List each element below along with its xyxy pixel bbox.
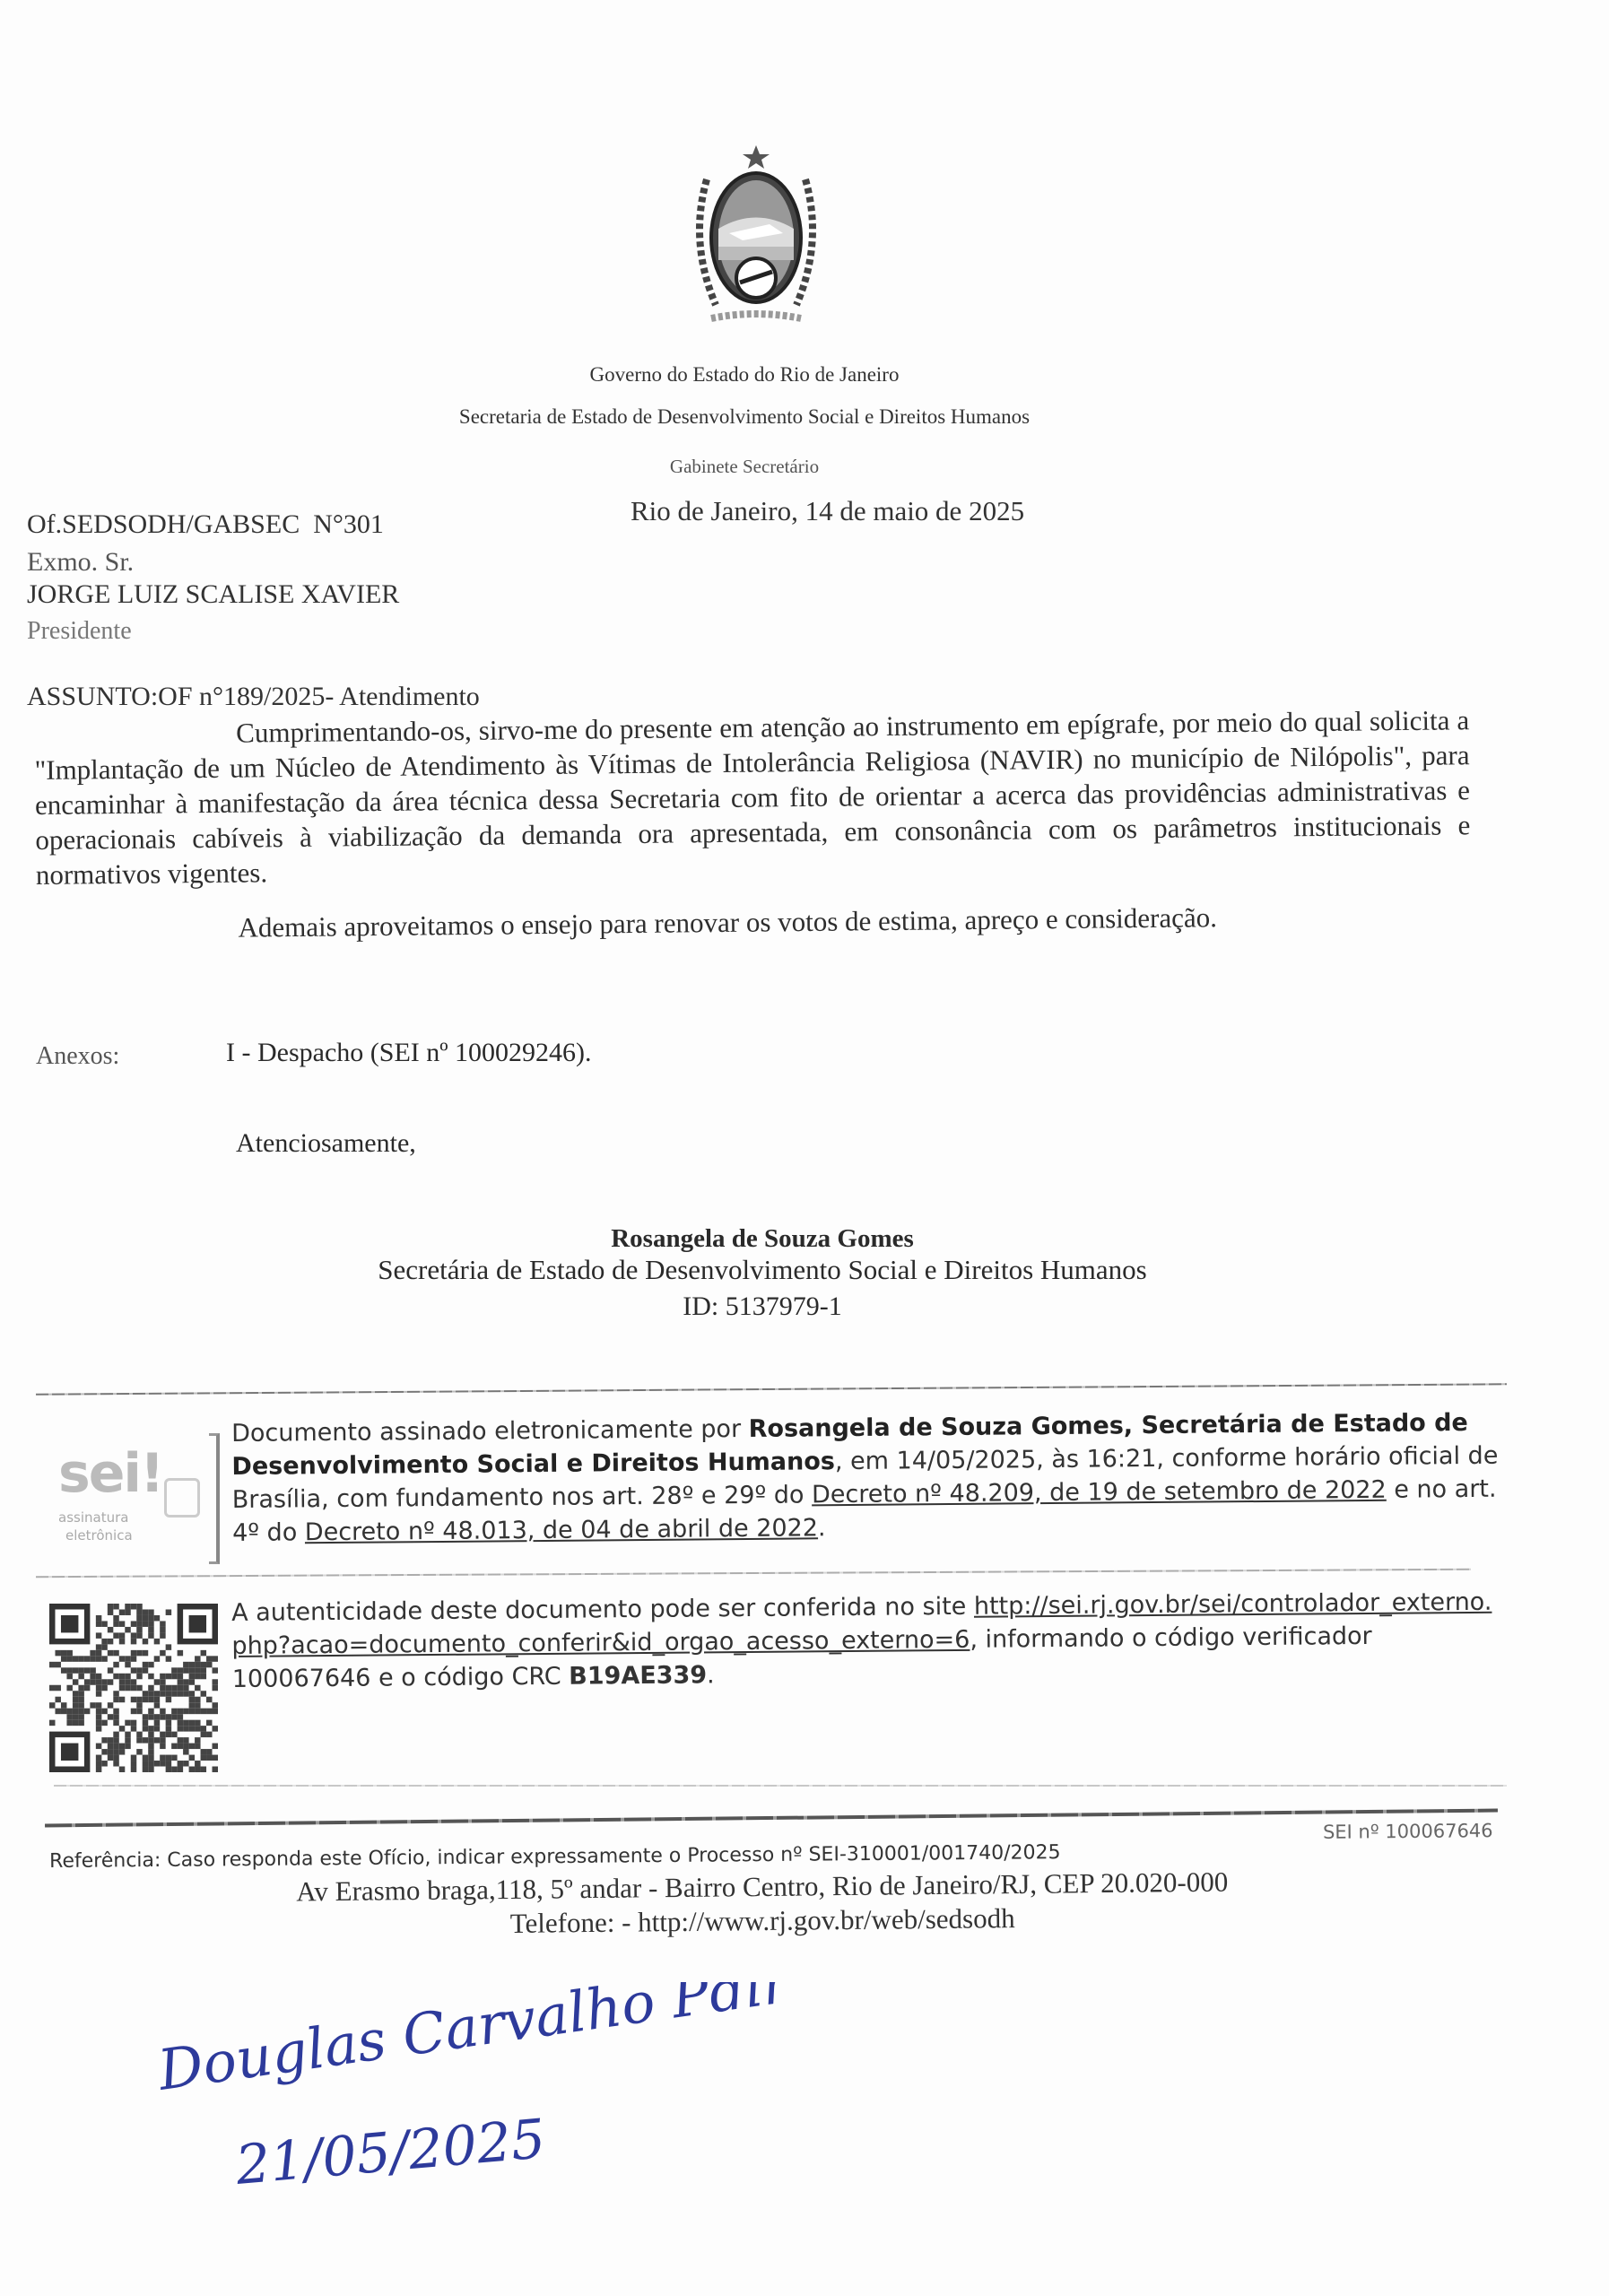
footer-address-block: Av Erasmo braga,118, 5º andar - Bairro C…	[179, 1864, 1346, 1944]
verifier-code: 100067646	[232, 1665, 371, 1693]
body-paragraph: Cumprimentando-os, sirvo-me do presente …	[34, 702, 1471, 892]
sei-logo-caption: eletrônica	[65, 1527, 133, 1544]
recipient-name: JORGE LUIZ SCALISE XAVIER	[27, 581, 399, 608]
attachment-item: I - Despacho (SEI nº 100029246).	[226, 1038, 592, 1068]
authenticity-text: A autenticidade deste documento pode ser…	[231, 1586, 1506, 1696]
office-number: Of.SEDSODH/GABSEC N°301	[27, 511, 384, 538]
crc-code: B19AE339	[569, 1661, 707, 1690]
esig-prefix: Documento assinado eletronicamente por	[231, 1415, 749, 1448]
qr-code-icon	[49, 1604, 218, 1772]
attachments-label: Anexos:	[36, 1042, 119, 1071]
closing-salutation: Atenciosamente,	[236, 1128, 416, 1159]
auth-prefix: A autenticidade deste documento pode ser…	[231, 1593, 974, 1627]
lock-icon	[164, 1478, 200, 1518]
secretariat-name: Secretaria de Estado de Desenvolvimento …	[0, 405, 1489, 429]
auth-middle-2: e o código CRC	[370, 1663, 569, 1692]
letter-body: Cumprimentando-os, sirvo-me do presente …	[34, 702, 1472, 947]
handwritten-date: 21/05/2025	[232, 2108, 548, 2197]
auth-suffix: .	[707, 1661, 715, 1689]
sei-signature-logo: sei! assinatura eletrônica	[40, 1433, 220, 1563]
decree-link-1[interactable]: Decreto nº 48.209, de 19 de setembro de …	[812, 1476, 1387, 1509]
sei-logo-caption: assinatura	[58, 1509, 128, 1526]
signer-role: Secretária de Estado de Desenvolvimento …	[314, 1254, 1211, 1286]
recipient-role: Presidente	[27, 619, 132, 644]
signer-id: ID: 5137979-1	[314, 1291, 1211, 1322]
salutation: Exmo. Sr.	[27, 549, 134, 576]
government-name: Governo do Estado do Rio de Janeiro	[0, 363, 1489, 387]
auth-middle: , informando o código verificador	[970, 1622, 1372, 1654]
office-name: Gabinete Secretário	[0, 456, 1489, 478]
sei-logo-text: sei!	[58, 1442, 162, 1505]
handwritten-name: Douglas Carvalho Pdir	[153, 1982, 796, 2103]
handwritten-annotation: Douglas Carvalho Pdir 21/05/2025	[144, 1982, 861, 2197]
bracket-frame	[209, 1433, 220, 1564]
divider	[36, 1383, 1507, 1395]
decree-link-2[interactable]: Decreto nº 48.013, de 04 de abril de 202…	[305, 1514, 818, 1546]
electronic-signature-text: Documento assinado eletronicamente por R…	[231, 1406, 1506, 1550]
divider	[54, 1785, 1507, 1787]
footer-divider	[45, 1809, 1498, 1828]
sei-document-number: SEI nº 100067646	[1323, 1820, 1493, 1843]
esig-suffix: .	[818, 1514, 826, 1542]
body-paragraph: Ademais aproveitamos o ensejo para renov…	[36, 897, 1471, 947]
divider	[36, 1569, 1471, 1578]
date-line: Rio de Janeiro, 14 de maio de 2025	[631, 495, 1024, 527]
subject-line: ASSUNTO:OF n°189/2025- Atendimento	[27, 683, 480, 710]
state-coat-of-arms-icon	[680, 143, 832, 332]
signer-name: Rosangela de Souza Gomes	[314, 1224, 1211, 1254]
